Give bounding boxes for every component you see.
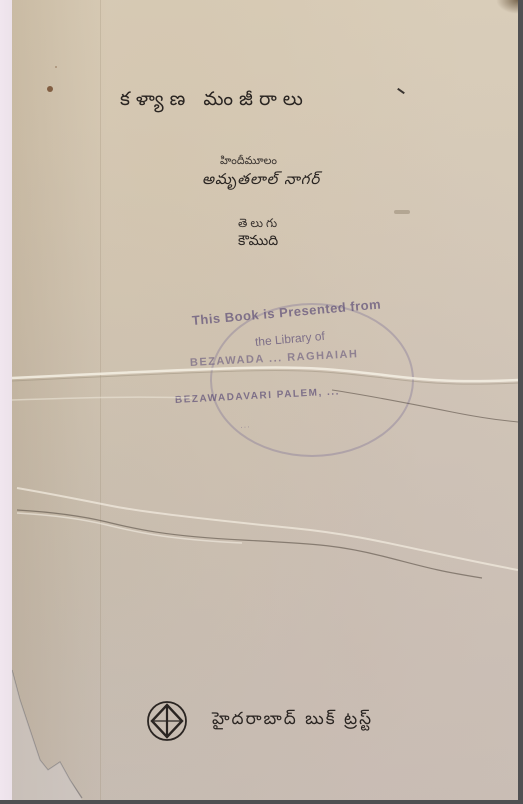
translator-name: కౌముది xyxy=(238,233,278,252)
ink-spot xyxy=(47,86,53,92)
author-name: అమృతలాల్ నాగర్ xyxy=(202,170,320,192)
corner-stain xyxy=(496,0,518,14)
scan-left-margin xyxy=(0,0,12,800)
document-viewer: కళ్యాణ మంజీరాలు హిందీమూలం అమృతలాల్ నాగర్… xyxy=(0,0,523,804)
paper-blemish xyxy=(394,210,410,214)
publisher-logo-icon xyxy=(146,700,188,742)
book-title-page: కళ్యాణ మంజీరాలు హిందీమూలం అమృతలాల్ నాగర్… xyxy=(12,0,518,800)
publisher-name: హైదరాబాద్ బుక్ ట్రస్ట్ xyxy=(212,709,373,733)
title-tick-mark xyxy=(397,88,405,94)
viewer-right-border xyxy=(518,0,523,804)
book-title: కళ్యాణ మంజీరాలు xyxy=(120,88,309,115)
stamp-line-5: ... xyxy=(240,419,251,430)
library-stamp: This Book is Presented from the Library … xyxy=(170,295,420,455)
translation-language-label: తెలుగు xyxy=(238,216,280,233)
viewer-bottom-border xyxy=(0,800,523,804)
stamp-oval-border xyxy=(210,303,414,457)
torn-paper-edge xyxy=(12,620,132,800)
ink-spot xyxy=(55,66,57,68)
original-language-label: హిందీమూలం xyxy=(220,154,277,170)
